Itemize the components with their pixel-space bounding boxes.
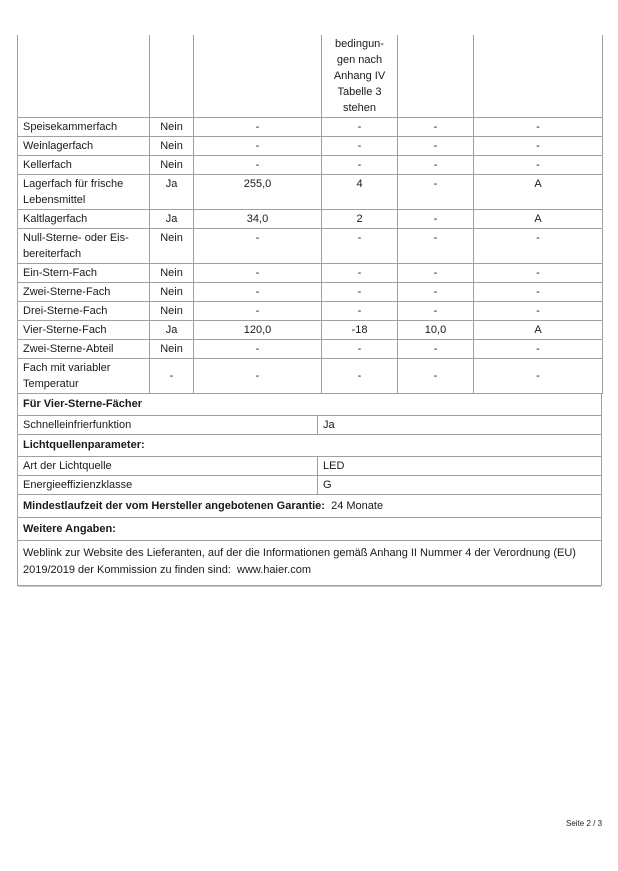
more-info-title: Weitere Angaben: [18,518,601,541]
header-cell-temperature: bedingun- gen nach Anhang IV Tabelle 3 s… [322,35,398,118]
warranty-value: 24 Monate [331,500,383,512]
four-star-title: Für Vier-Sterne-Fächer [18,394,601,416]
cell-volume: - [194,264,322,283]
cell-freeze: - [398,340,474,359]
header-cell-freezing [398,35,474,118]
table-row: Zwei-Sterne-AbteilNein---- [18,340,603,359]
cell-temp: - [322,229,398,264]
cell-defrost: - [474,118,603,137]
cell-name: Kellerfach [18,156,150,175]
cell-name: Lagerfach für frische Lebensmittel [18,175,150,210]
cell-name: Speisekammerfach [18,118,150,137]
cell-volume: - [194,118,322,137]
table-header-continuation: bedingun- gen nach Anhang IV Tabelle 3 s… [18,35,603,118]
cell-temp: - [322,264,398,283]
warranty-label: Mindestlaufzeit der vom Hersteller angeb… [23,500,325,512]
table-row: Lagerfach für frische LebensmittelJa255,… [18,175,603,210]
cell-present: Nein [150,118,194,137]
cell-present: Nein [150,156,194,175]
cell-temp: - [322,137,398,156]
header-cell-defrost [474,35,603,118]
header-cell-volume [194,35,322,118]
cell-temp: - [322,359,398,394]
cell-volume: - [194,156,322,175]
quick-freeze-label: Schnelleinfrierfunktion [18,416,318,434]
cell-name: Drei-Sterne-Fach [18,302,150,321]
page-number: Seite 2 / 3 [566,819,602,828]
cell-freeze: - [398,210,474,229]
table-row: Fach mit variabler Temperatur----- [18,359,603,394]
cell-name: Null-Sterne- oder Eis-bereiterfach [18,229,150,264]
weblink-url[interactable]: www.haier.com [237,564,311,576]
cell-defrost: - [474,264,603,283]
weblink-row: Weblink zur Website des Lieferanten, auf… [18,541,601,586]
cell-freeze: 10,0 [398,321,474,340]
table-row: Vier-Sterne-FachJa120,0-1810,0A [18,321,603,340]
cell-temp: - [322,156,398,175]
cell-defrost: - [474,283,603,302]
cell-temp: - [322,118,398,137]
cell-temp: 4 [322,175,398,210]
cell-freeze: - [398,175,474,210]
cell-temp: - [322,340,398,359]
table-row: Ein-Stern-FachNein---- [18,264,603,283]
light-source-title: Lichtquellenparameter: [18,435,601,457]
warranty-row: Mindestlaufzeit der vom Hersteller angeb… [18,495,601,518]
cell-volume: 34,0 [194,210,322,229]
cell-freeze: - [398,137,474,156]
cell-temp: - [322,283,398,302]
cell-name: Zwei-Sterne-Abteil [18,340,150,359]
cell-volume: - [194,340,322,359]
cell-temp: -18 [322,321,398,340]
cell-present: Ja [150,175,194,210]
cell-defrost: - [474,156,603,175]
cell-defrost: - [474,137,603,156]
cell-present: Ja [150,321,194,340]
cell-freeze: - [398,302,474,321]
energy-class-row: Energieeffizienzklasse G [18,476,601,495]
cell-defrost: A [474,321,603,340]
cell-volume: - [194,283,322,302]
cell-defrost: - [474,359,603,394]
cell-defrost: - [474,229,603,264]
cell-present: Nein [150,137,194,156]
cell-defrost: - [474,302,603,321]
cell-present: Nein [150,229,194,264]
header-cell-compartment [18,35,150,118]
table-row: WeinlagerfachNein---- [18,137,603,156]
table-row: Zwei-Sterne-FachNein---- [18,283,603,302]
cell-volume: 120,0 [194,321,322,340]
quick-freeze-row: Schnelleinfrierfunktion Ja [18,416,601,435]
energy-class-value: G [318,476,601,494]
cell-name: Zwei-Sterne-Fach [18,283,150,302]
cell-defrost: A [474,210,603,229]
header-cell-present [150,35,194,118]
cell-volume: - [194,137,322,156]
cell-defrost: - [474,340,603,359]
cell-freeze: - [398,118,474,137]
document-page: bedingun- gen nach Anhang IV Tabelle 3 s… [17,35,602,586]
cell-volume: - [194,302,322,321]
light-type-label: Art der Lichtquelle [18,457,318,475]
table-row: Null-Sterne- oder Eis-bereiterfachNein--… [18,229,603,264]
cell-volume: - [194,229,322,264]
cell-name: Ein-Stern-Fach [18,264,150,283]
cell-freeze: - [398,229,474,264]
cell-present: - [150,359,194,394]
cell-temp: 2 [322,210,398,229]
table-row: KaltlagerfachJa34,02-A [18,210,603,229]
cell-freeze: - [398,283,474,302]
cell-present: Nein [150,302,194,321]
cell-present: Ja [150,210,194,229]
table-row: SpeisekammerfachNein---- [18,118,603,137]
cell-present: Nein [150,264,194,283]
cell-volume: 255,0 [194,175,322,210]
light-type-row: Art der Lichtquelle LED [18,457,601,476]
energy-class-label: Energieeffizienzklasse [18,476,318,494]
cell-volume: - [194,359,322,394]
cell-defrost: A [474,175,603,210]
table-row: Drei-Sterne-FachNein---- [18,302,603,321]
cell-freeze: - [398,156,474,175]
cell-freeze: - [398,264,474,283]
cell-name: Weinlagerfach [18,137,150,156]
cell-name: Kaltlagerfach [18,210,150,229]
cell-present: Nein [150,283,194,302]
cell-temp: - [322,302,398,321]
quick-freeze-value: Ja [318,416,601,434]
compartment-table: bedingun- gen nach Anhang IV Tabelle 3 s… [17,35,603,394]
cell-name: Fach mit variabler Temperatur [18,359,150,394]
light-type-value: LED [318,457,601,475]
cell-present: Nein [150,340,194,359]
four-star-section: Für Vier-Sterne-Fächer Schnelleinfrierfu… [17,394,602,586]
cell-freeze: - [398,359,474,394]
table-row: KellerfachNein---- [18,156,603,175]
cell-name: Vier-Sterne-Fach [18,321,150,340]
